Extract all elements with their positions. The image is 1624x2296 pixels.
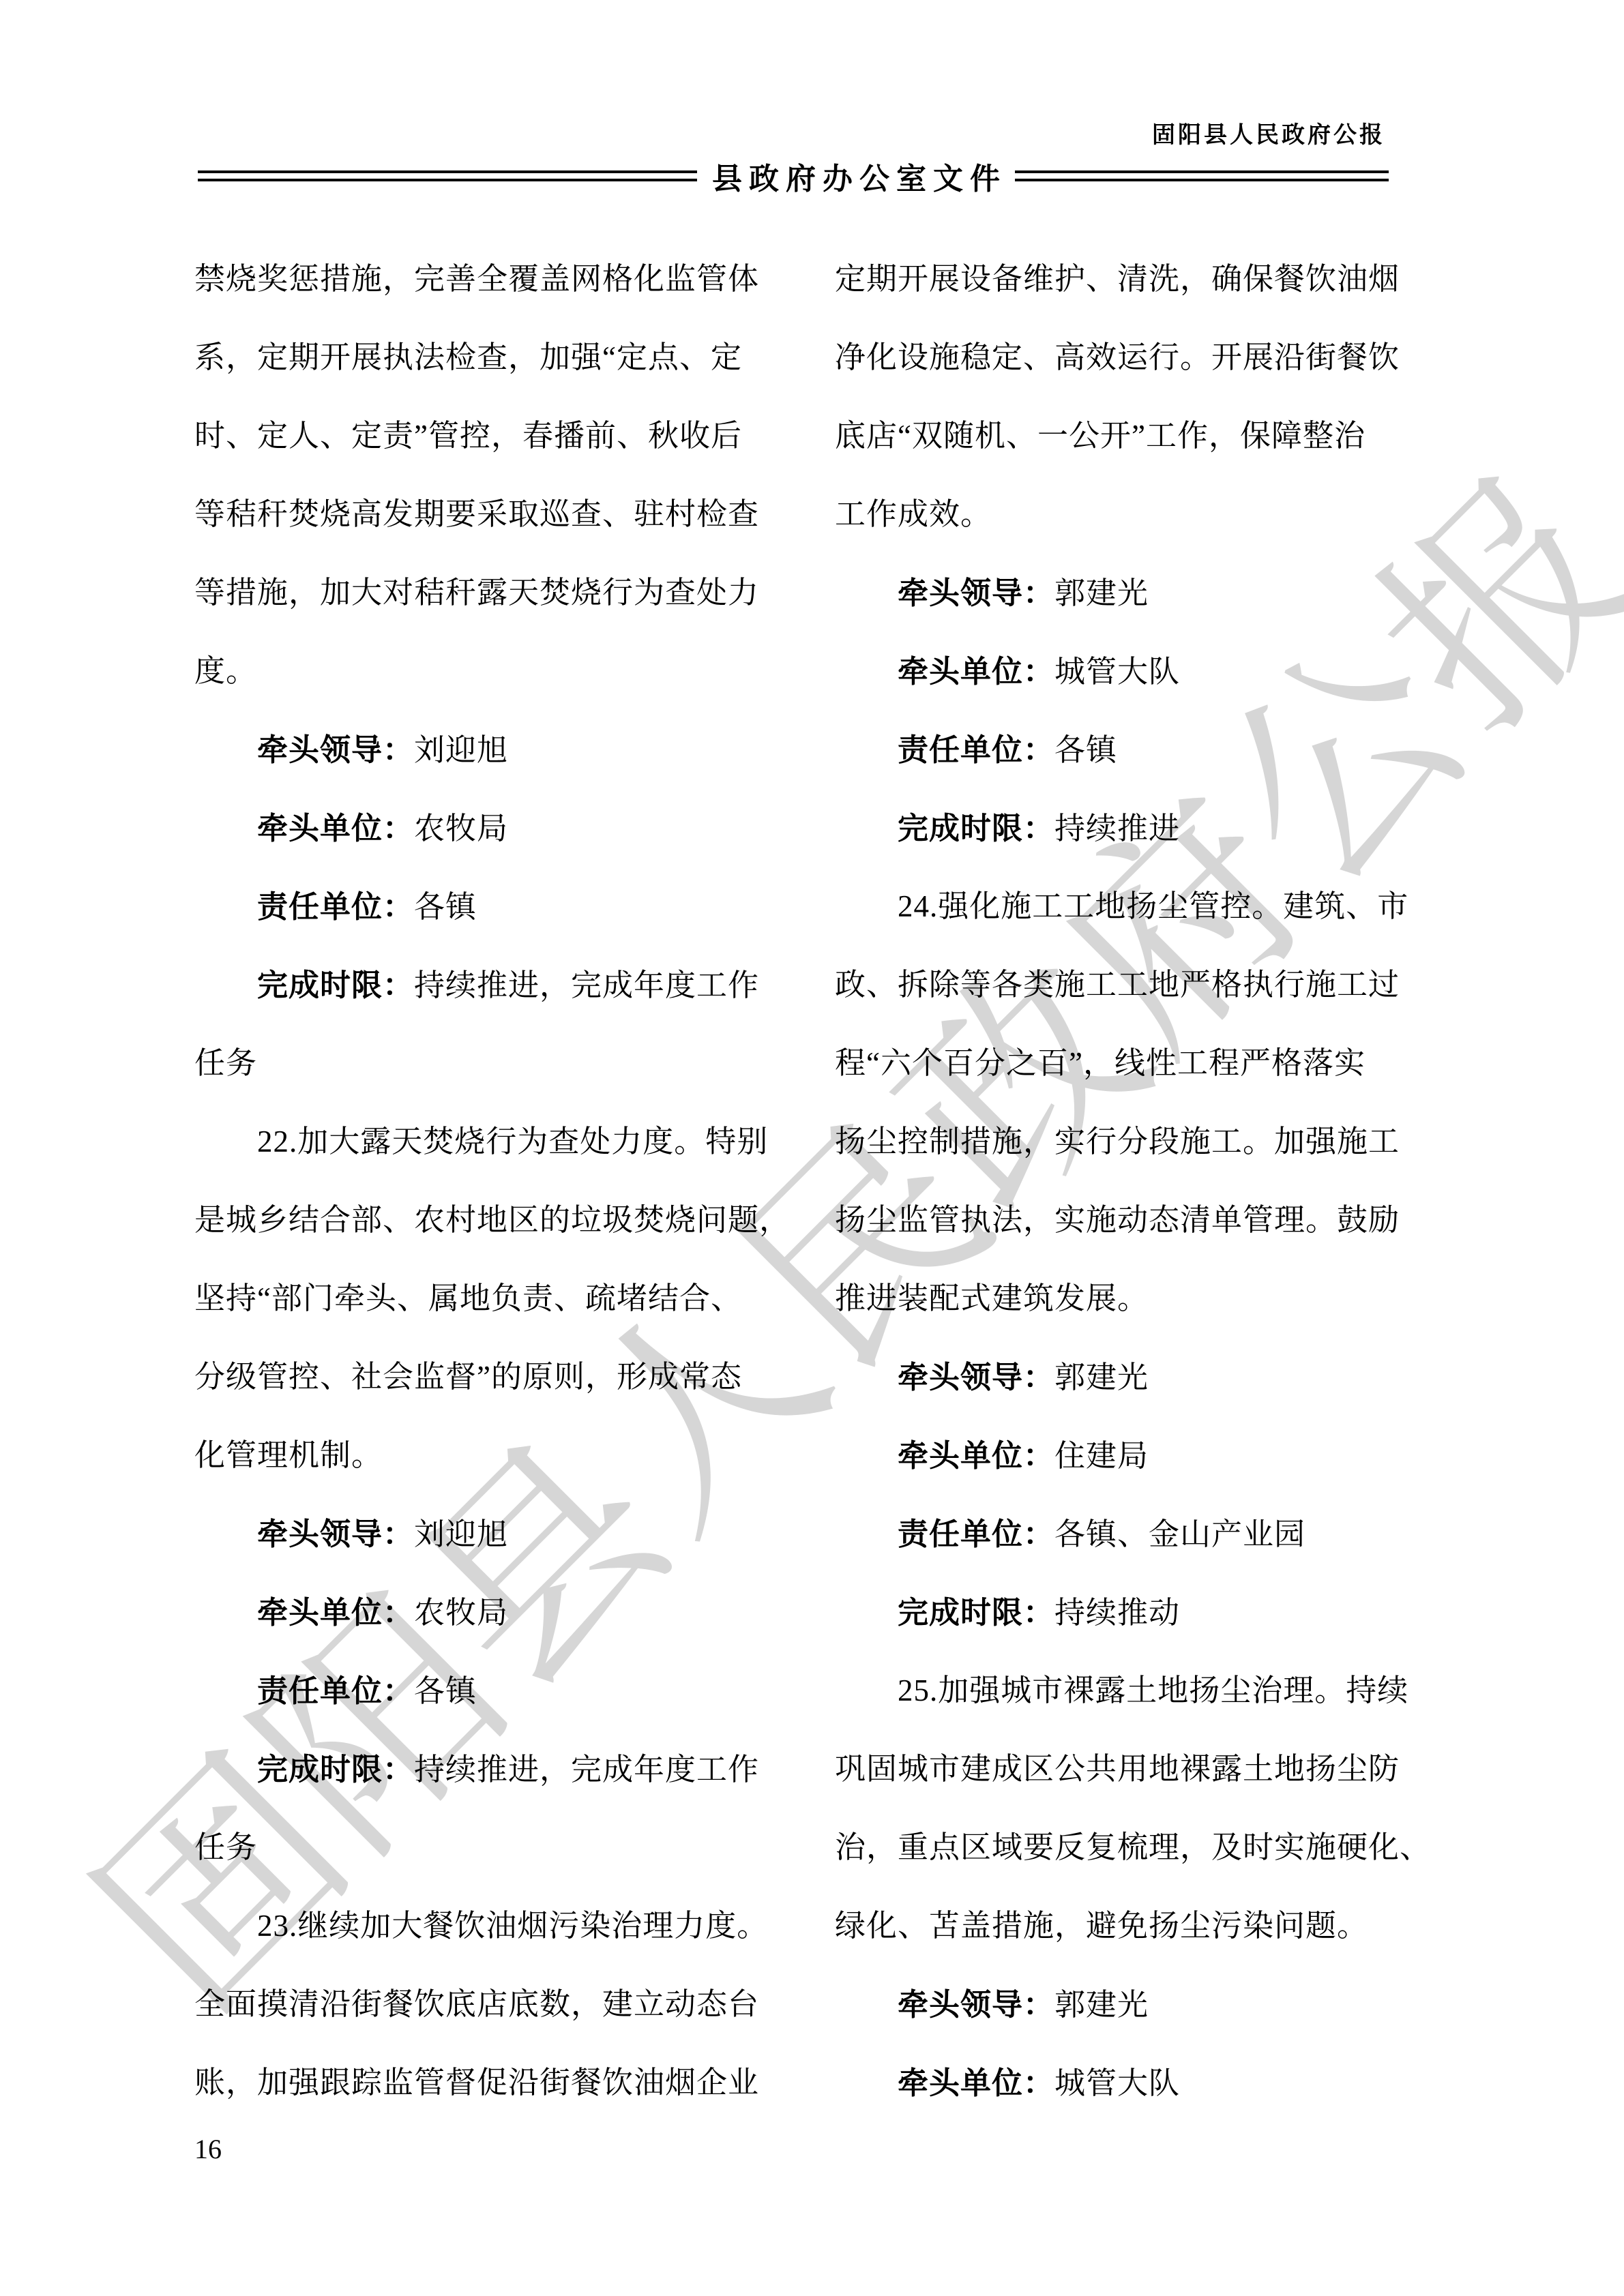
body-line: 度。 — [194, 632, 791, 711]
field-value: 郭建光 — [1054, 1360, 1149, 1395]
field-label: 责任单位： — [257, 889, 414, 924]
field-line: 牵头领导：郭建光 — [835, 1338, 1432, 1416]
field-line: 牵头单位：住建局 — [835, 1416, 1432, 1495]
field-line: 责任单位：各镇 — [194, 1652, 791, 1730]
body-line: 扬尘监管执法，实施动态清单管理。鼓励 — [835, 1181, 1432, 1259]
field-label: 牵头单位： — [257, 1595, 414, 1630]
body-line: 扬尘控制措施，实行分段施工。加强施工 — [835, 1103, 1432, 1181]
header-section-title: 县政府办公室文件 — [712, 154, 1007, 198]
body-line: 系，定期开展执法检查，加强“定点、定 — [194, 318, 791, 397]
field-value: 农牧局 — [414, 1596, 508, 1630]
body-line: 工作成效。 — [835, 475, 1432, 554]
field-line: 完成时限：持续推进 — [835, 789, 1432, 867]
field-value: 城管大队 — [1054, 2066, 1180, 2100]
body-line: 程“六个百分之百”，线性工程严格落实 — [835, 1024, 1432, 1103]
field-label: 责任单位： — [898, 732, 1054, 767]
field-line: 责任单位：各镇 — [835, 711, 1432, 789]
body-line: 22.加大露天焚烧行为查处力度。特别 — [194, 1103, 791, 1181]
field-value: 刘迎旭 — [414, 733, 508, 767]
body-line: 是城乡结合部、农村地区的垃圾焚烧问题， — [194, 1181, 791, 1259]
document-page: 固阳县人民政府公报 固阳县人民政府公报 县政府办公室文件 禁烧奖惩措施，完善全覆… — [0, 0, 1624, 2296]
body-line: 任务 — [194, 1024, 791, 1103]
right-column: 定期开展设备维护、清洗，确保餐饮油烟净化设施稳定、高效运行。开展沿街餐饮底店“双… — [835, 240, 1432, 2122]
body-line: 等秸秆焚烧高发期要采取巡查、驻村检查 — [194, 475, 791, 554]
body-line: 巩固城市建成区公共用地裸露土地扬尘防 — [835, 1730, 1432, 1808]
field-line: 牵头领导：郭建光 — [835, 554, 1432, 632]
body-line: 政、拆除等各类施工工地严格执行施工过 — [835, 946, 1432, 1024]
field-label: 完成时限： — [898, 811, 1054, 846]
field-value: 刘迎旭 — [414, 1517, 508, 1551]
field-line: 牵头领导：刘迎旭 — [194, 1495, 791, 1573]
field-label: 牵头单位： — [898, 1438, 1054, 1473]
body-line: 账，加强跟踪监管督促沿街餐饮油烟企业 — [194, 2044, 791, 2122]
field-label: 牵头领导： — [898, 576, 1054, 610]
field-value: 郭建光 — [1054, 1988, 1149, 2022]
field-label: 牵头领导： — [257, 732, 414, 767]
page-number: 16 — [194, 2133, 222, 2165]
body-line: 时、定人、定责”管控，春播前、秋收后 — [194, 397, 791, 475]
body-line: 净化设施稳定、高效运行。开展沿街餐饮 — [835, 318, 1432, 397]
field-value: 持续推动 — [1054, 1596, 1180, 1630]
field-line: 牵头单位：城管大队 — [835, 2044, 1432, 2122]
field-label: 责任单位： — [898, 1517, 1054, 1551]
field-label: 完成时限： — [257, 968, 414, 1002]
field-value: 住建局 — [1054, 1439, 1149, 1473]
field-value: 各镇、金山产业园 — [1054, 1517, 1305, 1551]
body-line: 坚持“部门牵头、属地负责、疏堵结合、 — [194, 1259, 791, 1338]
field-value: 持续推进 — [1054, 811, 1180, 846]
field-label: 牵头领导： — [257, 1517, 414, 1551]
field-line: 牵头单位：农牧局 — [194, 1573, 791, 1652]
body-line: 任务 — [194, 1808, 791, 1887]
left-column: 禁烧奖惩措施，完善全覆盖网格化监管体系，定期开展执法检查，加强“定点、定时、定人… — [194, 240, 791, 2122]
body-line: 治，重点区域要反复梳理，及时实施硬化、 — [835, 1808, 1432, 1887]
body-line: 底店“双随机、一公开”工作，保障整治 — [835, 397, 1432, 475]
field-line: 牵头领导：郭建光 — [835, 1965, 1432, 2044]
body-line: 分级管控、社会监督”的原则，形成常态 — [194, 1338, 791, 1416]
field-value: 各镇 — [414, 1674, 477, 1708]
field-line: 牵头领导：刘迎旭 — [194, 711, 791, 789]
field-line: 责任单位：各镇 — [194, 867, 791, 946]
body-line: 24.强化施工工地扬尘管控。建筑、市 — [835, 867, 1432, 946]
header-rule: 县政府办公室文件 — [198, 154, 1389, 198]
field-value: 各镇 — [414, 890, 477, 924]
field-label: 牵头单位： — [898, 2066, 1054, 2100]
field-label: 牵头领导： — [898, 1360, 1054, 1395]
body-line: 23.继续加大餐饮油烟污染治理力度。 — [194, 1887, 791, 1965]
field-label: 牵头领导： — [898, 1987, 1054, 2022]
field-line: 责任单位：各镇、金山产业园 — [835, 1495, 1432, 1573]
field-label: 完成时限： — [257, 1752, 414, 1787]
header-double-line-left — [198, 170, 697, 181]
body-columns: 禁烧奖惩措施，完善全覆盖网格化监管体系，定期开展执法检查，加强“定点、定时、定人… — [194, 240, 1432, 2122]
field-value: 持续推进，完成年度工作 — [414, 1753, 759, 1787]
field-line: 完成时限：持续推动 — [835, 1573, 1432, 1652]
field-line: 完成时限：持续推进，完成年度工作 — [194, 946, 791, 1024]
field-value: 各镇 — [1054, 733, 1117, 767]
body-line: 禁烧奖惩措施，完善全覆盖网格化监管体 — [194, 240, 791, 318]
field-label: 牵头单位： — [898, 654, 1054, 689]
field-line: 牵头单位：城管大队 — [835, 632, 1432, 711]
body-line: 25.加强城市裸露土地扬尘治理。持续 — [835, 1652, 1432, 1730]
body-line: 推进装配式建筑发展。 — [835, 1259, 1432, 1338]
field-line: 牵头单位：农牧局 — [194, 789, 791, 867]
field-value: 郭建光 — [1054, 576, 1149, 610]
field-value: 持续推进，完成年度工作 — [414, 968, 759, 1002]
body-line: 定期开展设备维护、清洗，确保餐饮油烟 — [835, 240, 1432, 318]
field-label: 牵头单位： — [257, 811, 414, 846]
field-value: 城管大队 — [1054, 655, 1180, 689]
body-line: 等措施，加大对秸秆露天焚烧行为查处力 — [194, 554, 791, 632]
field-value: 农牧局 — [414, 811, 508, 846]
header-double-line-right — [1015, 170, 1389, 181]
field-label: 完成时限： — [898, 1595, 1054, 1630]
body-line: 绿化、苫盖措施，避免扬尘污染问题。 — [835, 1887, 1432, 1965]
body-line: 化管理机制。 — [194, 1416, 791, 1495]
body-line: 全面摸清沿街餐饮底店底数，建立动态台 — [194, 1965, 791, 2044]
header-publication-title: 固阳县人民政府公报 — [1152, 116, 1385, 149]
field-label: 责任单位： — [257, 1673, 414, 1708]
field-line: 完成时限：持续推进，完成年度工作 — [194, 1730, 791, 1808]
